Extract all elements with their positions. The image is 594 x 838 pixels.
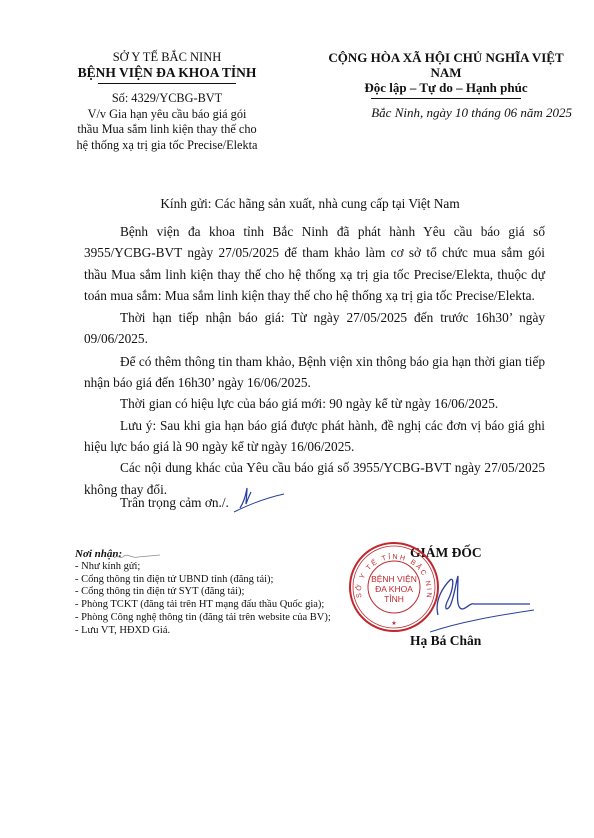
body-paragraph: Thời hạn tiếp nhận báo giá: Từ ngày 27/0… [84, 307, 545, 350]
svg-text:★: ★ [391, 620, 396, 627]
organization-name: BỆNH VIỆN ĐA KHOA TỈNH [62, 65, 272, 80]
header-divider [98, 83, 236, 84]
recipients-scribble-icon [112, 550, 162, 562]
svg-text:BỆNH VIỆN: BỆNH VIỆN [371, 574, 417, 584]
recipient-item: - Cổng thông tin điện tử UBND tỉnh (đăng… [75, 574, 331, 587]
svg-text:ĐA KHOA: ĐA KHOA [375, 584, 413, 594]
motto: Độc lập – Tự do – Hạnh phúc [318, 80, 574, 95]
document-number: Số: 4329/YCBG-BVT [62, 91, 272, 107]
signature-icon [430, 560, 540, 635]
recipient-item: - Cổng thông tin điện tử SYT (đăng tải); [75, 586, 331, 599]
national-title: CỘNG HÒA XÃ HỘI CHỦ NGHĨA VIỆT NAM [318, 50, 574, 80]
letter-body: Bệnh viện đa khoa tỉnh Bắc Ninh đã phát … [84, 221, 545, 500]
recipient-item: - Phòng TCKT (đăng tải trên HT mạng đấu … [75, 599, 331, 612]
initial-mark-icon [232, 484, 287, 514]
signer-name: Hạ Bá Chân [410, 633, 481, 649]
place-date: Bắc Ninh, ngày 10 tháng 06 năm 2025 [340, 105, 572, 121]
subject-line: V/v Gia hạn yêu cầu báo giá gói [62, 107, 272, 123]
body-paragraph: Thời gian có hiệu lực của báo giá mới: 9… [84, 393, 545, 414]
subject-line: thầu Mua sắm linh kiện thay thế cho [62, 122, 272, 138]
greeting: Kính gửi: Các hãng sản xuất, nhà cung cấ… [60, 196, 560, 212]
closing: Trân trọng cảm ơn./. [120, 495, 229, 511]
recipient-item: - Lưu VT, HĐXD Giá. [75, 625, 331, 638]
issuer-header: SỞ Y TẾ BẮC NINH BỆNH VIỆN ĐA KHOA TỈNH … [62, 50, 272, 153]
motto-divider [371, 98, 521, 99]
body-paragraph: Các nội dung khác của Yêu cầu báo giá số… [84, 457, 545, 500]
body-paragraph: Lưu ý: Sau khi gia hạn báo giá được phát… [84, 415, 545, 458]
national-header: CỘNG HÒA XÃ HỘI CHỦ NGHĨA VIỆT NAM Độc l… [318, 50, 574, 99]
body-paragraph: Để có thêm thông tin tham khảo, Bệnh việ… [84, 351, 545, 394]
recipient-item: - Như kính gửi; [75, 561, 331, 574]
subject-line: hệ thống xạ trị gia tốc Precise/Elekta [62, 138, 272, 154]
official-stamp-icon: SỞ Y TẾ TỈNH BẮC NINH BỆNH VIỆN ĐA KHOA … [347, 540, 441, 634]
svg-text:TỈNH: TỈNH [384, 593, 404, 604]
body-paragraph: Bệnh viện đa khoa tỉnh Bắc Ninh đã phát … [84, 221, 545, 306]
ministry-name: SỞ Y TẾ BẮC NINH [62, 50, 272, 65]
recipient-item: - Phòng Công nghệ thông tin (đăng tải tr… [75, 612, 331, 625]
